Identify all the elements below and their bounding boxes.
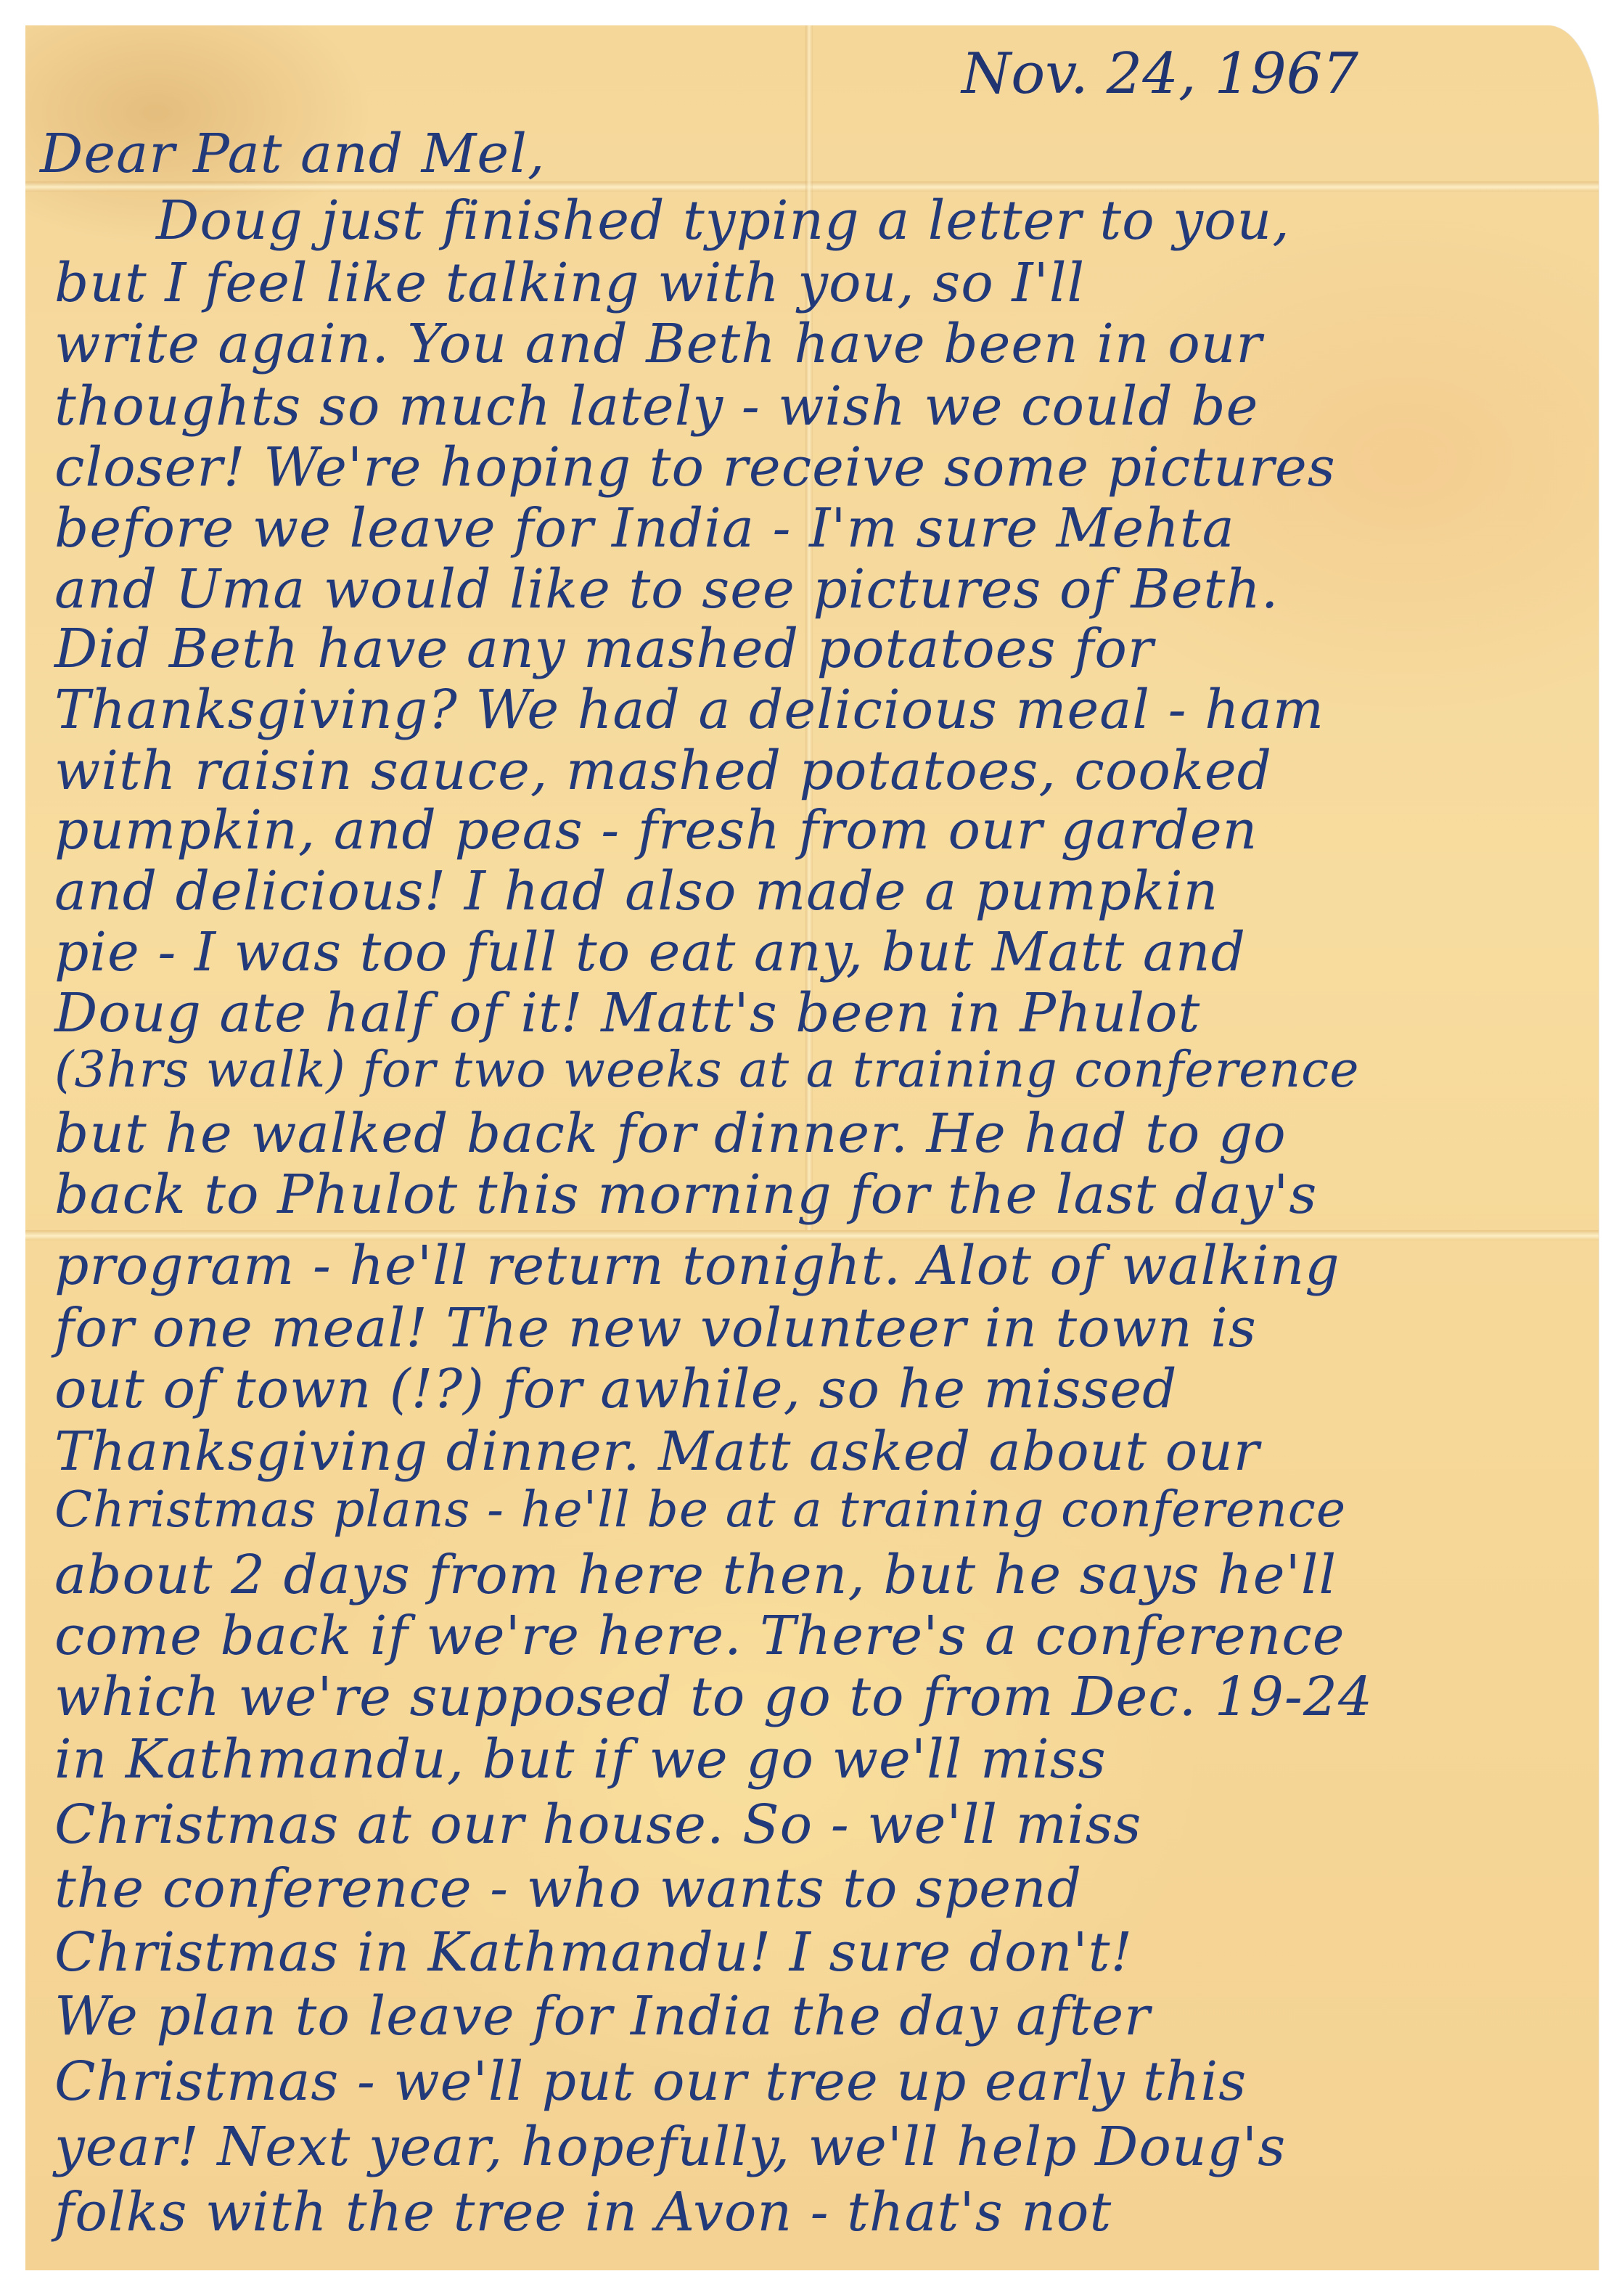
letter-line: Did Beth have any mashed potatoes for	[54, 622, 1154, 676]
letter-line: about 2 days from here then, but he says…	[54, 1548, 1337, 1602]
letter-line: Christmas in Kathmandu! I sure don't!	[54, 1926, 1133, 1979]
letter-line: back to Phulot this morning for the last…	[54, 1168, 1317, 1222]
letter-line: folks with the tree in Avon - that's not	[54, 2185, 1112, 2239]
letter-line: (3hrs walk) for two weeks at a training …	[54, 1046, 1360, 1095]
letter-line: for one meal! The new volunteer in town …	[54, 1301, 1257, 1355]
letter-line: Doug ate half of it! Matt's been in Phul…	[54, 986, 1200, 1040]
letter-line: write again. You and Beth have been in o…	[54, 317, 1263, 371]
letter-line: pie - I was too full to eat any, but Mat…	[54, 925, 1246, 979]
letter-line: program - he'll return tonight. Alot of …	[54, 1239, 1340, 1293]
letter-line: but he walked back for dinner. He had to…	[54, 1107, 1287, 1161]
letter-line: and Uma would like to see pictures of Be…	[54, 562, 1279, 616]
letter-line: which we're supposed to go to from Dec. …	[54, 1670, 1373, 1724]
letter-line: thoughts so much lately - wish we could …	[54, 380, 1258, 433]
letter-line: Thanksgiving? We had a delicious meal - …	[54, 683, 1324, 737]
letter-line: the conference - who wants to spend	[54, 1862, 1082, 1915]
letter-line: Christmas - we'll put our tree up early …	[54, 2055, 1247, 2108]
letter-line: but I feel like talking with you, so I'l…	[54, 256, 1085, 310]
letter-line: Christmas at our house. So - we'll miss	[54, 1798, 1141, 1852]
letter-line: and delicious! I had also made a pumpkin	[54, 864, 1218, 918]
letter-paper: Nov. 24, 1967 Dear Pat and Mel, Doug jus…	[25, 25, 1599, 2270]
letter-line: year! Next year, hopefully, we'll help D…	[54, 2120, 1286, 2174]
letter-line: before we leave for India - I'm sure Meh…	[54, 502, 1235, 555]
letter-line: Thanksgiving dinner. Matt asked about ou…	[54, 1425, 1260, 1478]
letter-line: pumpkin, and peas - fresh from our garde…	[54, 803, 1258, 857]
letter-line: Christmas plans - he'll be at a training…	[54, 1486, 1346, 1535]
letter-line: Doug just finished typing a letter to yo…	[156, 194, 1290, 247]
letter-line: come back if we're here. There's a confe…	[54, 1609, 1345, 1663]
letter-line: closer! We're hoping to receive some pic…	[54, 441, 1336, 494]
letter-line: with raisin sauce, mashed potatoes, cook…	[54, 744, 1272, 798]
letter-line: out of town (!?) for awhile, so he misse…	[54, 1362, 1178, 1416]
letter-line: in Kathmandu, but if we go we'll miss	[54, 1732, 1107, 1786]
salutation: Dear Pat and Mel,	[40, 127, 545, 181]
letter-line: We plan to leave for India the day after	[54, 1989, 1151, 2043]
letter-date: Nov. 24, 1967	[961, 41, 1358, 107]
